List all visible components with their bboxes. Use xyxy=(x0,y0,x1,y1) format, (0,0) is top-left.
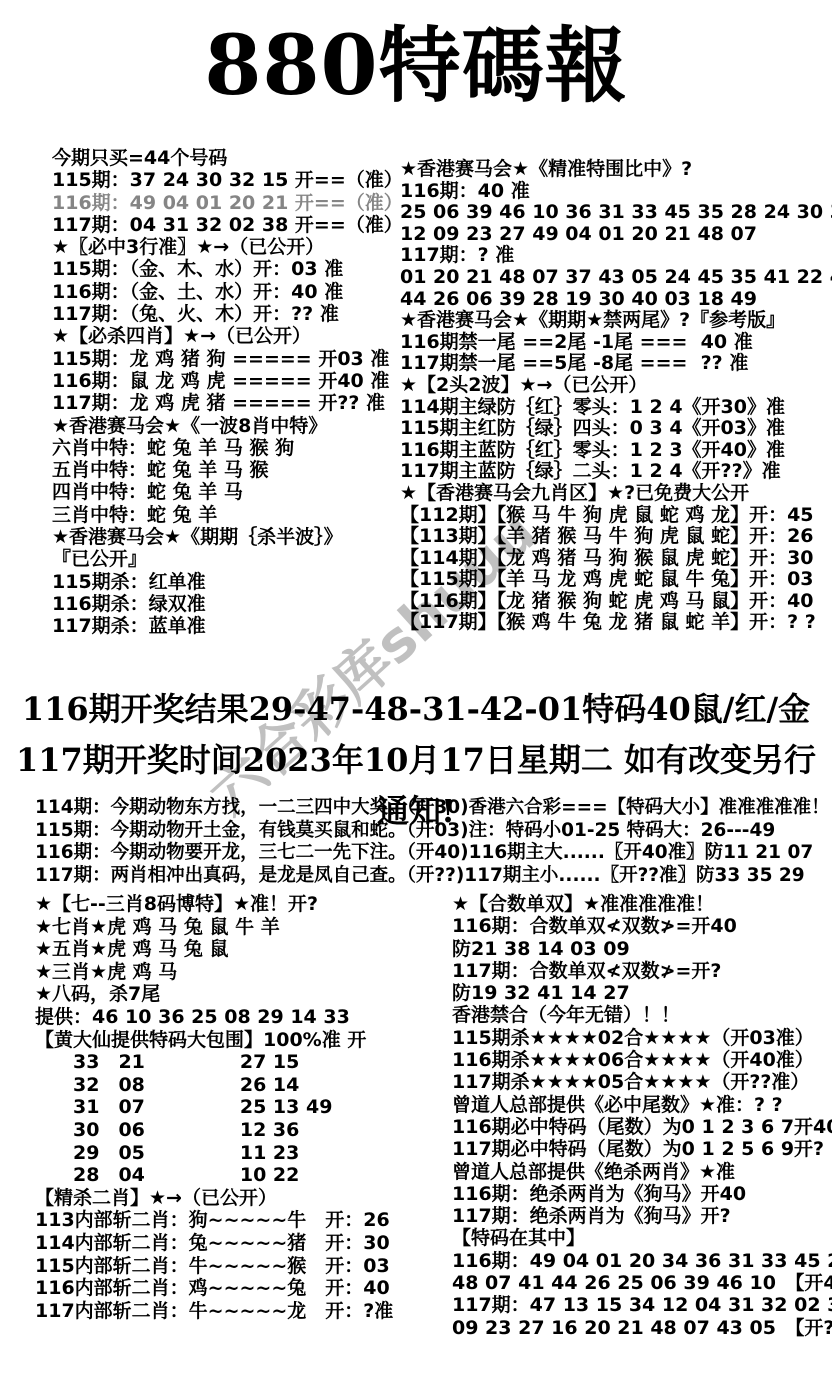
text-line: 115期杀★★★★02合★★★★（开03准） xyxy=(452,1027,832,1049)
text-line: 【113期】【羊 猪 猴 马 牛 狗 虎 鼠 蛇】开：26 xyxy=(400,526,832,548)
text-line: 09 23 27 16 20 21 48 07 43 05 【开??】 xyxy=(452,1317,832,1339)
text-line: ★〖必中3行准〗★→（已公开） xyxy=(52,236,398,258)
text-line: 117期：龙 鸡 虎 猪 ===== 开?? 准 xyxy=(52,392,398,414)
text-line: 四肖中特：蛇 兔 羊 马 xyxy=(52,481,398,503)
text-line: 117期杀★★★★05合★★★★（开??准） xyxy=(452,1071,832,1093)
text-line: 117期：合数单双≮双数≯=开? xyxy=(452,960,832,982)
text-line: 【117期】【猴 鸡 牛 兔 龙 猪 鼠 蛇 羊】开：? ? xyxy=(400,612,832,634)
text-line: 116期禁一尾 ==2尾 -1尾 === 40 准 xyxy=(400,332,832,354)
text-line: 30 06 12 36 xyxy=(35,1119,450,1142)
text-line: 『已公开』 xyxy=(52,548,398,570)
text-line: 116内部斩二肖：鸡~~~~~兔 开：40 xyxy=(35,1277,450,1300)
text-line: 116期主蓝防｛红｝零头：1 2 3《开40》准 xyxy=(400,440,832,462)
text-line: 01 20 21 48 07 37 43 05 24 45 35 41 22 4… xyxy=(400,267,832,289)
text-line: 48 07 41 44 26 25 06 39 46 10 【开40】 xyxy=(452,1272,832,1294)
text-line: 25 06 39 46 10 36 31 33 45 35 28 24 30 3… xyxy=(400,202,832,224)
text-line: ★香港赛马会★《精准特围比中》? xyxy=(400,159,832,181)
text-line: 117期必中特码（尾数）为0 1 2 5 6 9开? xyxy=(452,1138,832,1160)
text-line: 117期：47 13 15 34 12 04 31 32 02 38 xyxy=(452,1294,832,1316)
page-title: 880特碼報 xyxy=(0,14,832,118)
text-line: 曾道人总部提供《绝杀两肖》★准 xyxy=(452,1161,832,1183)
text-line: ★【香港赛马会九肖区】★?已免费大公开 xyxy=(400,483,832,505)
text-line: 44 26 06 39 28 19 30 40 03 18 49 xyxy=(400,289,832,311)
text-line: 【特码在其中】 xyxy=(452,1227,832,1249)
text-line: ★三肖★虎 鸡 马 xyxy=(35,961,450,984)
text-line: 117期：（兔、火、木）开：?? 准 xyxy=(52,303,398,325)
text-line: 29 05 11 23 xyxy=(35,1142,450,1165)
text-line: ★【合数单双】★准准准准准！ xyxy=(452,893,832,915)
text-line: 114期：今期动物东方找，一二三四中大奖。（开30)香港六合彩===【特码大小】… xyxy=(35,797,832,820)
text-line: 香港禁合（今年无错）！！ xyxy=(452,1004,832,1026)
text-line: 116期：鼠 龙 鸡 虎 ===== 开40 准 xyxy=(52,370,398,392)
text-line: 12 09 23 27 49 04 01 20 21 48 07 xyxy=(400,224,832,246)
text-line: 116期必中特码（尾数）为0 1 2 3 6 7开40 xyxy=(452,1116,832,1138)
text-line: 28 04 10 22 xyxy=(35,1164,450,1187)
text-line: 五肖中特：蛇 兔 羊 马 猴 xyxy=(52,459,398,481)
text-line: 114内部斩二肖：兔~~~~~猪 开：30 xyxy=(35,1232,450,1255)
top-left-column: 今期只买=44个号码115期：37 24 30 32 15 开==（准）116期… xyxy=(52,147,398,638)
text-line: ★八码，杀7尾 xyxy=(35,983,450,1006)
text-line: 115期杀：红单准 xyxy=(52,571,398,593)
lower-left-column: ★【七--三肖8码博特】★准！开?★七肖★虎 鸡 马 兔 鼠 牛 羊★五肖★虎 … xyxy=(35,893,450,1322)
text-line: 32 08 26 14 xyxy=(35,1074,450,1097)
text-line: 31 07 25 13 49 xyxy=(35,1096,450,1119)
text-line: 33 21 27 15 xyxy=(35,1051,450,1074)
text-line: 113内部斩二肖：狗~~~~~牛 开：26 xyxy=(35,1209,450,1232)
lower-fullwidth-rows: 114期：今期动物东方找，一二三四中大奖。（开30)香港六合彩===【特码大小】… xyxy=(35,797,832,887)
text-line: 今期只买=44个号码 xyxy=(52,147,398,169)
text-line: 117期：04 31 32 02 38 开==（准） xyxy=(52,214,398,236)
text-line: 【黄大仙提供特码大包围】100%准 开 xyxy=(35,1029,450,1052)
text-line: ★【2头2波】★→（已公开） xyxy=(400,375,832,397)
text-line: 117期：绝杀两肖为《狗马》开? xyxy=(452,1205,832,1227)
text-line: 三肖中特：蛇 兔 羊 xyxy=(52,504,398,526)
text-line: 曾道人总部提供《必中尾数》★准：? ? xyxy=(452,1094,832,1116)
text-line: 116期杀★★★★06合★★★★（开40准） xyxy=(452,1049,832,1071)
text-line: 115期：今期动物开土金，有钱莫买鼠和蛇。（开03)注：特码小01-25 特码大… xyxy=(35,820,832,843)
text-line: 115期：（金、木、水）开：03 准 xyxy=(52,258,398,280)
text-line: 116期：49 04 01 20 21 开==（准） xyxy=(52,192,398,214)
text-line: 117期：两肖相冲出真码，是龙是凤自己查。（开??)117期主小......〖开… xyxy=(35,865,832,888)
newspaper-page: 六合彩库shuuu 880特碼報 今期只买=44个号码115期：37 24 30… xyxy=(0,0,832,1388)
text-line: 115期：37 24 30 32 15 开==（准） xyxy=(52,169,398,191)
text-line: ★【必杀四肖】★→（已公开） xyxy=(52,325,398,347)
text-line: 116期：今期动物要开龙，三七二一先下注。（开40)116期主大......〖开… xyxy=(35,842,832,865)
text-line: 防19 32 41 14 27 xyxy=(452,982,832,1004)
text-line: ★【七--三肖8码博特】★准！开? xyxy=(35,893,450,916)
text-line: 【114期】【龙 鸡 猪 马 狗 猴 鼠 虎 蛇】开：30 xyxy=(400,548,832,570)
text-line: 117期杀：蓝单准 xyxy=(52,615,398,637)
text-line: ★香港赛马会★《一波8肖中特》 xyxy=(52,415,398,437)
text-line: 116期：（金、土、水）开：40 准 xyxy=(52,281,398,303)
text-line: 115期：龙 鸡 猪 狗 ===== 开03 准 xyxy=(52,348,398,370)
text-line: 116期杀：绿双准 xyxy=(52,593,398,615)
text-line: 117内部斩二肖：牛~~~~~龙 开：?准 xyxy=(35,1300,450,1323)
text-line: 117期：? 准 xyxy=(400,245,832,267)
text-line: ★五肖★虎 鸡 马 兔 鼠 xyxy=(35,938,450,961)
text-line: 117期禁一尾 ==5尾 -8尾 === ?? 准 xyxy=(400,353,832,375)
text-line: 【115期】【羊 马 龙 鸡 虎 蛇 鼠 牛 兔】开：03 xyxy=(400,569,832,591)
text-line: 116期：40 准 xyxy=(400,181,832,203)
text-line: 114期主绿防｛红｝零头：1 2 4《开30》准 xyxy=(400,397,832,419)
banner-line-1: 116期开奖结果29-47-48-31-42-01特码40鼠/红/金 xyxy=(0,684,832,735)
text-line: 【116期】【龙 猪 猴 狗 蛇 虎 鸡 马 鼠】开：40 xyxy=(400,591,832,613)
text-line: 【精杀二肖】★→（已公开） xyxy=(35,1187,450,1210)
text-line: 116期：49 04 01 20 34 36 31 33 45 28 xyxy=(452,1250,832,1272)
text-line: 115内部斩二肖：牛~~~~~猴 开：03 xyxy=(35,1255,450,1278)
text-line: 115期主红防｛绿｝四头：0 3 4《开03》准 xyxy=(400,418,832,440)
lower-right-column: ★【合数单双】★准准准准准！116期：合数单双≮双数≯=开40防21 38 14… xyxy=(452,893,832,1339)
top-right-column: ★香港赛马会★《精准特围比中》?116期：40 准25 06 39 46 10 … xyxy=(400,159,832,634)
text-line: 117期主蓝防｛绿｝二头：1 2 4《开??》准 xyxy=(400,461,832,483)
text-line: 防21 38 14 03 09 xyxy=(452,938,832,960)
text-line: 提供：46 10 36 25 08 29 14 33 xyxy=(35,1006,450,1029)
text-line: ★七肖★虎 鸡 马 兔 鼠 牛 羊 xyxy=(35,916,450,939)
text-line: 【112期】【猴 马 牛 狗 虎 鼠 蛇 鸡 龙】开：45 xyxy=(400,505,832,527)
text-line: 六肖中特：蛇 兔 羊 马 猴 狗 xyxy=(52,437,398,459)
text-line: ★香港赛马会★《期期★禁两尾》?『参考版』 xyxy=(400,310,832,332)
text-line: 116期：合数单双≮双数≯=开40 xyxy=(452,915,832,937)
text-line: ★香港赛马会★《期期｛杀半波｝》 xyxy=(52,526,398,548)
text-line: 116期：绝杀两肖为《狗马》开40 xyxy=(452,1183,832,1205)
